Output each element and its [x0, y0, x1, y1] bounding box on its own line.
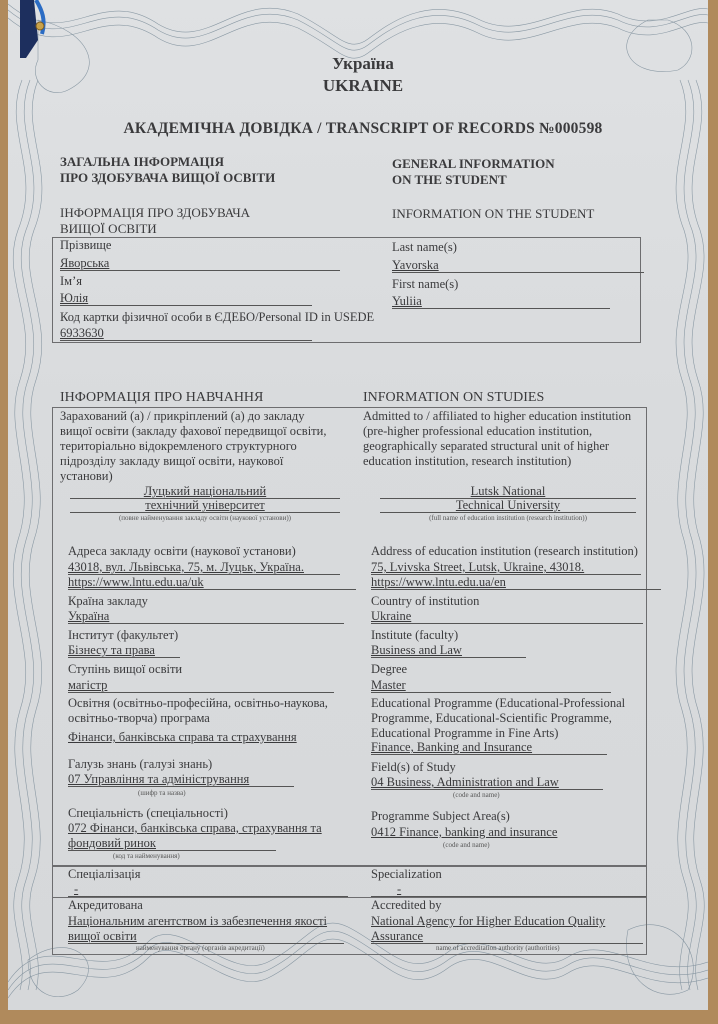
- general-heading-en-line2: ON THE STUDENT: [392, 172, 555, 188]
- studies-section-en: INFORMATION ON STUDIES: [363, 390, 544, 406]
- faculty-label-uk: Інститут (факультет): [68, 628, 178, 643]
- programme-label-en: Educational Programme (Educational-Profe…: [371, 696, 625, 741]
- accredited-caption-en: name of accreditation authority (authori…: [436, 944, 560, 952]
- last-name-value-uk: Яворська: [60, 256, 340, 271]
- faculty-label-en: Institute (faculty): [371, 628, 458, 643]
- studies-section-uk: ІНФОРМАЦІЯ ПРО НАВЧАННЯ: [60, 390, 263, 406]
- address-value-uk: 43018, вул. Львівська, 75, м. Луцьк, Укр…: [68, 560, 340, 575]
- field-caption-en: (code and name): [453, 791, 500, 799]
- last-name-label-uk: Прізвище: [60, 238, 111, 253]
- institution-caption-uk: (повне найменування закладу освіти (наук…: [70, 514, 340, 522]
- degree-label-en: Degree: [371, 662, 407, 677]
- institution-en-line1: Lutsk National: [380, 484, 636, 499]
- personal-id-label: Код картки фізичної особи в ЄДЕБО/Person…: [60, 310, 374, 325]
- field-value-uk: 07 Управління та адміністрування: [68, 772, 294, 787]
- accredited-label-uk: Акредитована: [68, 898, 143, 913]
- student-section-en: INFORMATION ON THE STUDENT: [392, 206, 594, 222]
- country-label-uk: Країна закладу: [68, 594, 148, 609]
- admitted-label-uk-line: Зарахований (а) / прикріплений (а) до за…: [60, 409, 360, 424]
- country-title-uk: Україна: [8, 54, 708, 74]
- accredited-caption-uk: найменування органу (органів акредитації…: [136, 944, 265, 952]
- subject-area-caption-en: (code and name): [443, 841, 490, 849]
- transcript-page: Україна UKRAINE АКАДЕМІЧНА ДОВІДКА / TRA…: [8, 0, 708, 1010]
- student-section-uk-line2: ВИЩОЇ ОСВІТИ: [60, 221, 250, 237]
- admitted-label-en-line: (pre-higher professional education insti…: [363, 424, 663, 439]
- document-title: АКАДЕМІЧНА ДОВІДКА / TRANSCRIPT OF RECOR…: [8, 120, 708, 138]
- address-label-en: Address of education institution (resear…: [371, 544, 638, 559]
- field-label-en: Field(s) of Study: [371, 760, 456, 775]
- personal-id-value: 6933630: [60, 326, 312, 341]
- specialization-value-uk: -: [68, 882, 348, 897]
- programme-label-en-line: Educational Programme (Educational-Profe…: [371, 696, 625, 711]
- institution-caption-en: (full name of education institution (res…: [380, 514, 636, 522]
- binding-ribbon-icon: [20, 0, 48, 58]
- field-value-en: 04 Business, Administration and Law: [371, 775, 603, 790]
- specialty-label-uk: Спеціальність (спеціальності): [68, 806, 228, 821]
- student-section-uk-line1: ІНФОРМАЦІЯ ПРО ЗДОБУВАЧА: [60, 205, 250, 221]
- admitted-label-en: Admitted to / affiliated to higher educa…: [363, 409, 663, 469]
- degree-value-uk: магістр: [68, 678, 334, 693]
- specialization-label-uk: Спеціалізація: [68, 867, 141, 882]
- first-name-value-uk: Юлія: [60, 291, 312, 306]
- student-section-uk: ІНФОРМАЦІЯ ПРО ЗДОБУВАЧА ВИЩОЇ ОСВІТИ: [60, 205, 250, 237]
- accredited-value-en-line1: National Agency for Higher Education Qua…: [371, 914, 605, 929]
- specialty-caption-uk: (код та найменування): [113, 852, 180, 860]
- institution-uk-line2: технічний університет: [70, 498, 340, 513]
- institution-en-line2: Technical University: [380, 498, 636, 513]
- specialization-label-en: Specialization: [371, 867, 442, 882]
- specialty-value-uk-line1: 072 Фінанси, банківська справа, страхува…: [68, 821, 322, 836]
- first-name-label-uk: Ім’я: [60, 274, 82, 289]
- general-heading-en: GENERAL INFORMATION ON THE STUDENT: [392, 156, 555, 188]
- last-name-value-en: Yavorska: [392, 258, 644, 273]
- accredited-value-uk-line1: Національним агентством із забезпечення …: [68, 914, 327, 929]
- accredited-value-uk-line2: вищої освіти: [68, 929, 344, 944]
- specialty-value-uk-line2: фондовий ринок: [68, 836, 276, 851]
- admitted-label-en-line: Admitted to / affiliated to higher educa…: [363, 409, 663, 424]
- programme-label-en-line: Programme, Educational-Scientific Progra…: [371, 711, 625, 726]
- admitted-label-uk-line: установи): [60, 469, 360, 484]
- programme-value-uk: Фінанси, банківська справа та страхуванн…: [68, 730, 297, 745]
- general-heading-uk: ЗАГАЛЬНА ІНФОРМАЦІЯ ПРО ЗДОБУВАЧА ВИЩОЇ …: [60, 154, 275, 186]
- programme-label-uk-line: освітньо-творча) програма: [68, 711, 328, 726]
- degree-label-uk: Ступінь вищої освіти: [68, 662, 182, 677]
- programme-label-uk: Освітня (освітньо-професійна, освітньо-н…: [68, 696, 328, 726]
- degree-value-en: Master: [371, 678, 611, 693]
- field-caption-uk: (шифр та назва): [138, 789, 186, 797]
- admitted-label-en-line: geographically separated structural unit…: [363, 439, 663, 454]
- address-label-uk: Адреса закладу освіти (наукової установи…: [68, 544, 296, 559]
- programme-label-en-line: Educational Programme in Fine Arts): [371, 726, 625, 741]
- admitted-label-uk-line: підрозділу закладу вищої освіти, науково…: [60, 454, 360, 469]
- country-value-uk: Україна: [68, 609, 344, 624]
- address-value-en: 75, Lvivska Street, Lutsk, Ukraine, 4301…: [371, 560, 641, 575]
- specialization-value-en: -: [371, 882, 646, 897]
- subject-area-label-en: Programme Subject Area(s): [371, 809, 510, 824]
- country-title-en: UKRAINE: [8, 76, 708, 96]
- country-label-en: Country of institution: [371, 594, 479, 609]
- faculty-value-uk: Бізнесу та права: [68, 643, 180, 658]
- admitted-label-en-line: education institution, research institut…: [363, 454, 663, 469]
- accredited-label-en: Accredited by: [371, 898, 441, 913]
- admitted-label-uk: Зарахований (а) / прикріплений (а) до за…: [60, 409, 360, 484]
- general-heading-uk-line2: ПРО ЗДОБУВАЧА ВИЩОЇ ОСВІТИ: [60, 170, 275, 186]
- general-heading-en-line1: GENERAL INFORMATION: [392, 156, 555, 172]
- website-link-en[interactable]: https://www.lntu.edu.ua/en: [371, 575, 661, 590]
- faculty-value-en: Business and Law: [371, 643, 526, 658]
- website-link-uk[interactable]: https://www.lntu.edu.ua/uk: [68, 575, 356, 590]
- programme-value-en: Finance, Banking and Insurance: [371, 740, 607, 755]
- programme-label-uk-line: Освітня (освітньо-професійна, освітньо-н…: [68, 696, 328, 711]
- first-name-value-en: Yuliia: [392, 294, 610, 309]
- field-label-uk: Галузь знань (галузі знань): [68, 757, 212, 772]
- accredited-value-en-line2: Assurance: [371, 929, 643, 944]
- admitted-label-uk-line: вищої освіти (закладу фахової передвищої…: [60, 424, 360, 439]
- subject-area-value-en: 0412 Finance, banking and insurance: [371, 825, 557, 840]
- admitted-label-uk-line: територіально відокремленого структурног…: [60, 439, 360, 454]
- institution-uk-line1: Луцький національний: [70, 484, 340, 499]
- general-heading-uk-line1: ЗАГАЛЬНА ІНФОРМАЦІЯ: [60, 154, 275, 170]
- first-name-label-en: First name(s): [392, 277, 458, 292]
- last-name-label-en: Last name(s): [392, 240, 457, 255]
- country-value-en: Ukraine: [371, 609, 643, 624]
